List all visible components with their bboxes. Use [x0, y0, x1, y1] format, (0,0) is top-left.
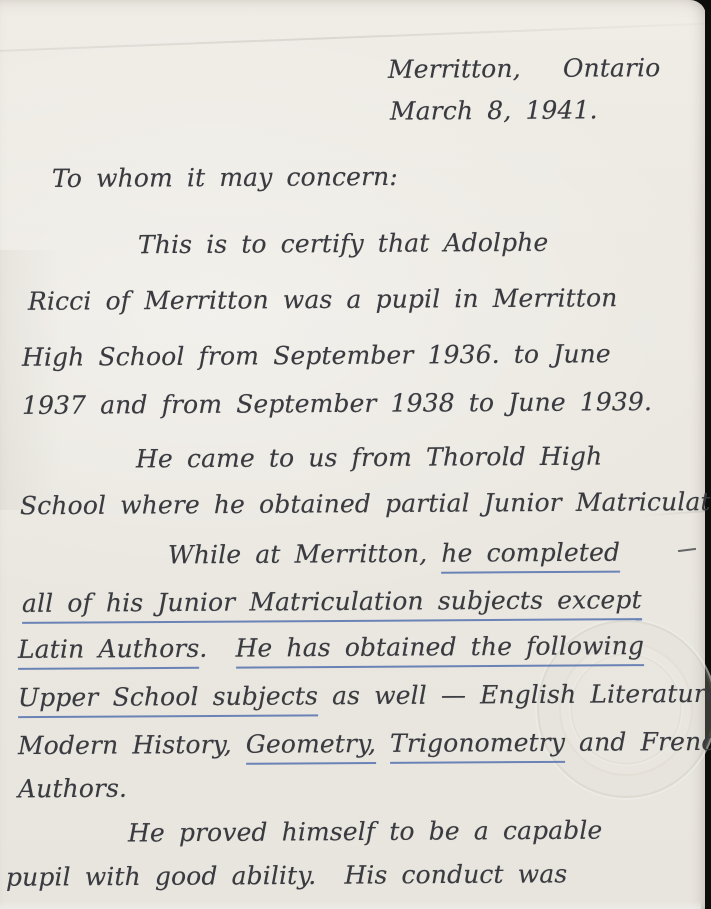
text-segment: pupil with good ability. His conduct was [6, 859, 567, 891]
letter-paper-sheet: Merritton, Ontario March 8, 1941. To who… [0, 0, 706, 909]
text-segment: He proved himself to be a capable [128, 816, 603, 848]
text-segment: He came to us from Thorold High [136, 442, 602, 474]
salutation-line: To whom it may concern: [52, 163, 398, 194]
text-segment: . [199, 634, 235, 663]
underlined-text-segment: Latin Authors [18, 634, 200, 670]
handwritten-line: While at Merritton, he completed [168, 539, 620, 571]
heading-place-line: Merritton, Ontario [388, 54, 661, 84]
handwritten-line: Ricci of Merritton was a pupil in Merrit… [28, 284, 618, 316]
text-segment: This is to certify that Adolphe [138, 228, 549, 260]
handwritten-line: pupil with good ability. His conduct was [6, 860, 567, 892]
underlined-text-segment: Trigonometry [390, 728, 565, 764]
text-segment: 1937 and from September 1938 to June 193… [22, 387, 652, 420]
handwritten-line: He proved himself to be a capable [128, 817, 603, 849]
handwritten-line: High School from September 1936. to June [22, 340, 611, 372]
underlined-text-segment: all of his Junior Matriculation subjects… [22, 585, 642, 624]
text-segment: and French [565, 727, 711, 757]
underlined-text-segment: He has obtained the following [235, 631, 644, 668]
underlined-text-segment: Upper School subjects [18, 681, 318, 718]
text-segment: Ricci of Merritton was a pupil in Merrit… [28, 283, 618, 316]
text-segment [376, 729, 390, 758]
handwritten-line: Upper School subjects as well — English … [18, 680, 711, 713]
heading-date-line: March 8, 1941. [390, 96, 598, 126]
handwritten-line: Authors. [18, 775, 127, 804]
text-segment: High School from September 1936. to June [22, 339, 611, 372]
underlined-text-segment: he completed [441, 538, 620, 574]
text-segment: Authors. [18, 774, 127, 804]
scan-bottom-highlight [0, 901, 701, 909]
handwritten-line: all of his Junior Matriculation subjects… [22, 586, 642, 619]
stray-pen-dash [678, 548, 696, 552]
handwritten-line: Latin Authors. He has obtained the follo… [18, 632, 644, 665]
handwritten-line: He came to us from Thorold High [136, 443, 602, 475]
paper-crease [0, 21, 711, 52]
handwritten-line: 1937 and from September 1938 to June 193… [22, 388, 652, 421]
handwritten-line: This is to certify that Adolphe [138, 229, 549, 260]
text-segment: School where he obtained partial Junior … [20, 487, 711, 521]
text-segment: While at Merritton, [168, 539, 442, 570]
underlined-text-segment: Geometry, [246, 729, 376, 765]
handwritten-line: Modern History, Geometry, Trigonometry a… [18, 728, 711, 761]
handwritten-line: School where he obtained partial Junior … [20, 488, 711, 521]
scan-background-edge [705, 0, 711, 909]
text-segment: Modern History, [18, 730, 246, 760]
text-segment: as well — English Literature, [318, 679, 711, 711]
